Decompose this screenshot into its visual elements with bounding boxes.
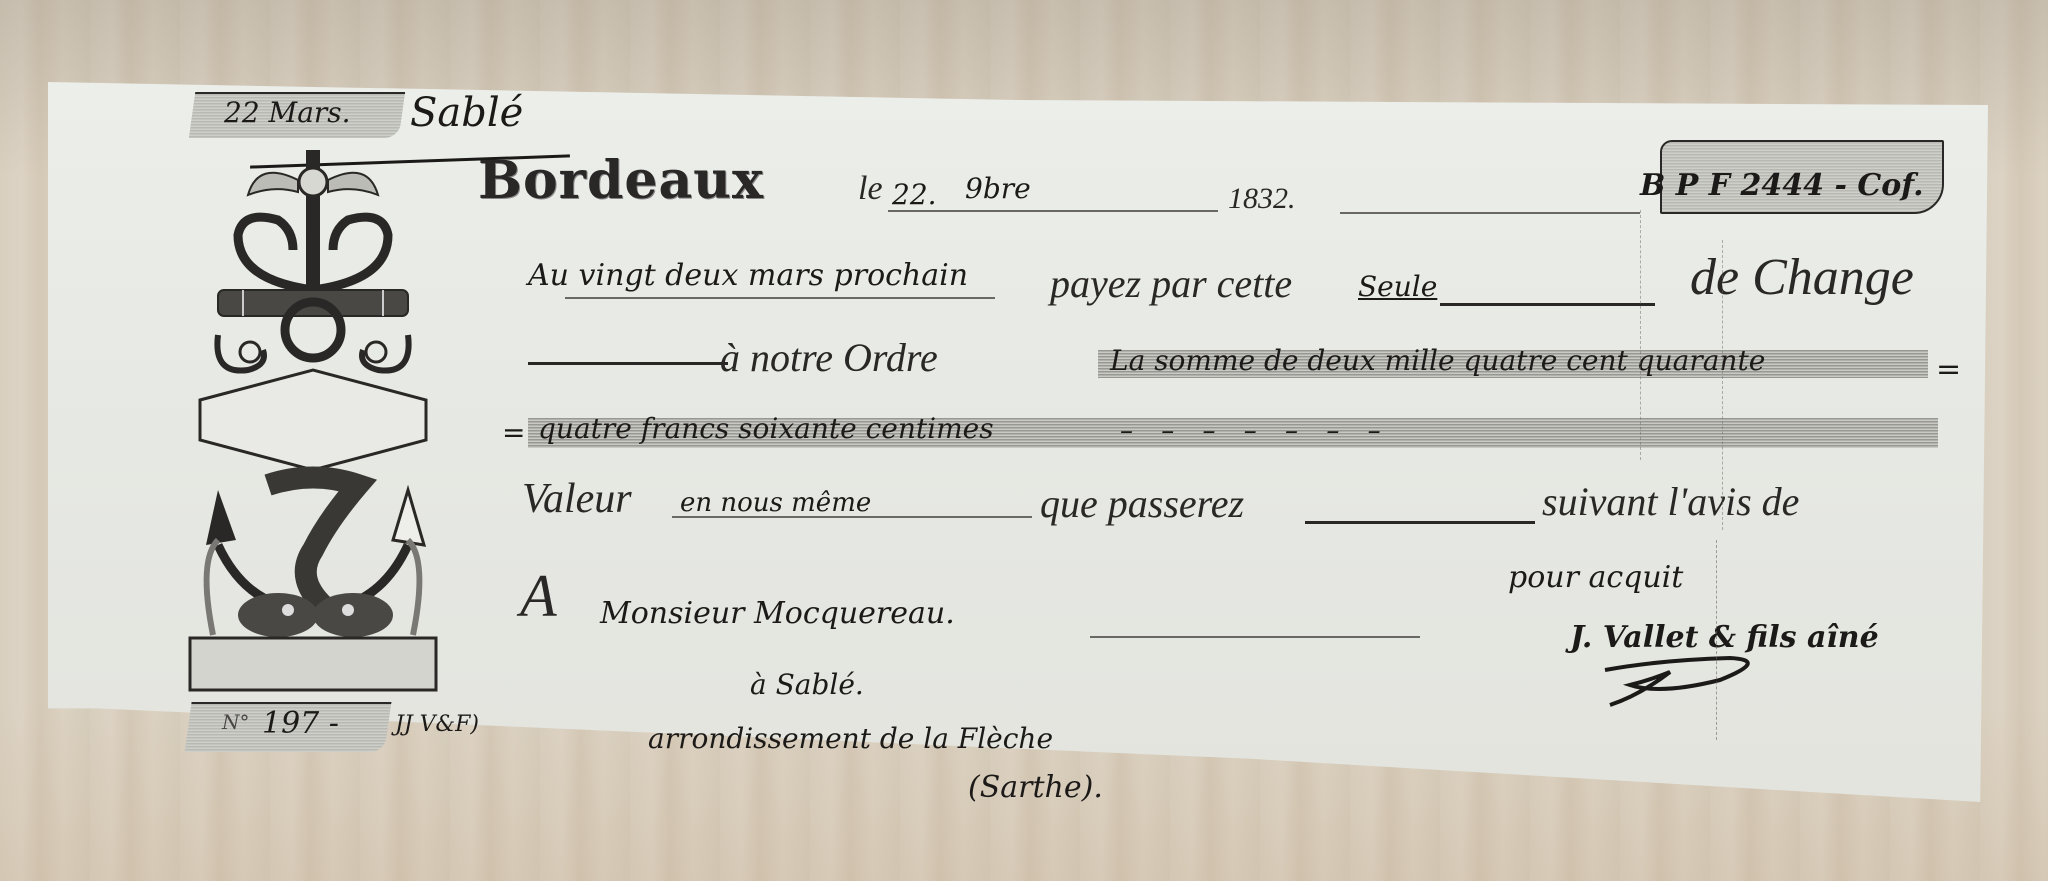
date-rule [888, 210, 1218, 212]
line1-rule-a [565, 297, 995, 299]
vertical-endorsement-1 [1640, 210, 1665, 460]
printed-pay-by-this: payez par cette [1050, 260, 1292, 307]
vertical-endorsement-2 [1722, 240, 1747, 530]
line1-rule-b [1440, 303, 1655, 306]
drawee-town: à Sablé. [750, 668, 864, 701]
caduceus-anchor-emblem-icon [188, 140, 438, 700]
date-month: 9bre [965, 172, 1031, 205]
due-date-text: 22 Mars. [224, 96, 351, 129]
pour-acquit: pour acquit [1508, 560, 1683, 595]
amount-filler-dashes: – – – – – – – [1120, 416, 1391, 446]
printed-city-bordeaux: Bordeaux [478, 150, 764, 211]
copy-designation-seule: Seule [1358, 270, 1437, 303]
drawee-department: (Sarthe). [968, 770, 1103, 805]
line2-lead-dash [528, 362, 728, 365]
amount-in-words-1: La somme de deux mille quatre cent quara… [1110, 344, 1765, 377]
place-sable: Sablé [410, 90, 523, 136]
printed-a-addressee: A [520, 562, 557, 631]
date-rule-right [1340, 212, 1640, 214]
due-clause: Au vingt deux mars prochain [528, 258, 968, 293]
signature-paraph-icon [1600, 650, 1780, 710]
continuation-equals-1: = [1936, 352, 1961, 387]
bill-number: 197 - [262, 706, 339, 741]
line4-rule-a [672, 516, 1032, 518]
date-day: 22. [892, 178, 937, 211]
amount-text: B P F 2444 - Cof. [1640, 168, 1924, 203]
drawee-rule [1090, 636, 1420, 638]
printed-que-passerez: que passerez [1040, 480, 1244, 527]
vertical-endorsement-3 [1716, 540, 1741, 740]
printed-valeur: Valeur [522, 475, 632, 523]
printed-to-our-order: à notre Ordre [720, 334, 938, 381]
drawee-name: Monsieur Mocquereau. [600, 596, 955, 631]
number-label: N° [222, 710, 250, 734]
line4-rule-b [1305, 521, 1535, 524]
amount-in-words-2: quatre francs soixante centimes [538, 412, 994, 445]
blank-cartouche [200, 370, 426, 470]
engraved-vignette [188, 140, 438, 700]
continuation-equals-2: = [502, 416, 525, 449]
printed-suivant-lavis-de: suivant l'avis de [1542, 478, 1799, 525]
bill-initials: JJ V&F) [395, 712, 479, 737]
value-received-clause: en nous même [680, 488, 871, 518]
date-year: 1832. [1228, 182, 1296, 216]
drawee-arrondissement: arrondissement de la Flèche [648, 722, 1053, 755]
date-prefix: le [858, 170, 883, 208]
